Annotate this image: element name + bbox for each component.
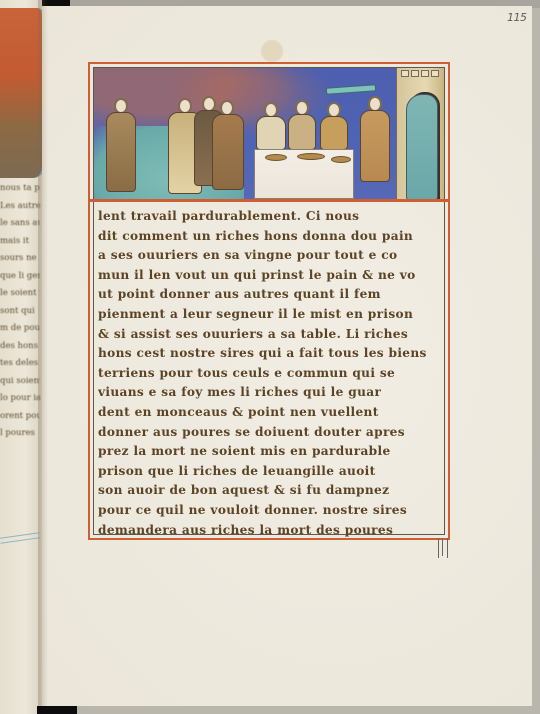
facing-text-line: sont qui (0, 303, 40, 321)
plate (297, 153, 325, 160)
text-line: mun il len vout un qui prinst le pain & … (98, 265, 431, 285)
facing-page-text: nous ta p Les autres le sans auo mais it… (0, 180, 40, 443)
facing-text-line: tes deles (0, 355, 40, 373)
text-frame: lent travail pardurablement. Ci nous dit… (88, 62, 450, 540)
facing-text-line: Les autres (0, 198, 40, 216)
plate (265, 154, 287, 161)
text-line: son auoir de bon aquest & si fu dampnez (98, 480, 431, 500)
text-line: ut point donner aus autres quant il fem (98, 284, 431, 304)
text-line: hons cest nostre sires qui a fait tous l… (98, 343, 431, 363)
facing-page-border-rule (0, 532, 40, 544)
facing-text-line: orent pourr (0, 408, 40, 426)
facing-text-line: le sans auo (0, 215, 40, 233)
facing-miniature (0, 8, 42, 178)
facing-text-line: nous ta p (0, 180, 40, 198)
facing-text-line: des hons s (0, 338, 40, 356)
banquet-table (254, 149, 354, 199)
facing-text-line: l poures (0, 425, 40, 443)
text-line: prison que li riches de leuangille auoit (98, 461, 431, 481)
facing-text-line: mais it (0, 233, 40, 251)
text-line: pour ce quil ne vouloit donner. nostre s… (98, 500, 431, 520)
manuscript-page-recto: 115 (42, 6, 532, 706)
text-line: demandera aus riches la mort des poures (98, 520, 431, 540)
facing-text-line: sours ne (0, 250, 40, 268)
figure-group-right (210, 100, 244, 196)
figure-standing-left (104, 98, 138, 198)
frame-divider (90, 199, 448, 202)
facing-text-line: m de pour (0, 320, 40, 338)
diner-right (320, 102, 348, 152)
diner-middle (288, 100, 316, 150)
facing-text-line: le soient m (0, 285, 40, 303)
text-line: viuans e sa foy mes li riches qui le gua… (98, 382, 431, 402)
facing-text-line: lo pour ia (0, 390, 40, 408)
text-line: pienment a leur segneur il le mist en pr… (98, 304, 431, 324)
text-line: lent travail pardurablement. Ci nous (98, 206, 431, 226)
text-line: dit comment un riches hons donna dou pai… (98, 226, 431, 246)
text-line: terriens pour tous ceuls e commun qui se (98, 363, 431, 383)
ruling-line-extensions (438, 538, 448, 558)
sword-icon (326, 84, 376, 94)
gutter-shadow (38, 0, 48, 714)
text-line: donner aus poures se doiuent douter apre… (98, 422, 431, 442)
text-line: a ses ouuriers en sa vingne pour tout e … (98, 245, 431, 265)
text-column: lent travail pardurablement. Ci nous dit… (98, 206, 438, 539)
hooded-figure-blue (406, 94, 438, 199)
miniature-illustration (94, 68, 444, 199)
plate (331, 156, 351, 163)
figure-with-sword (358, 96, 392, 199)
text-line: & si assist ses ouuriers a sa table. Li … (98, 324, 431, 344)
scan-edge-marker (37, 706, 77, 714)
facing-verso-page: nous ta p Les autres le sans auo mais it… (0, 0, 42, 714)
text-line: dent en monceaus & point nen vuellent (98, 402, 431, 422)
text-line: prez la mort ne soient mis en pardurable (98, 441, 431, 461)
facing-text-line: que li ger (0, 268, 40, 286)
diner-left (256, 102, 286, 152)
facing-text-line: qui soient (0, 373, 40, 391)
folio-number: 115 (507, 11, 527, 24)
